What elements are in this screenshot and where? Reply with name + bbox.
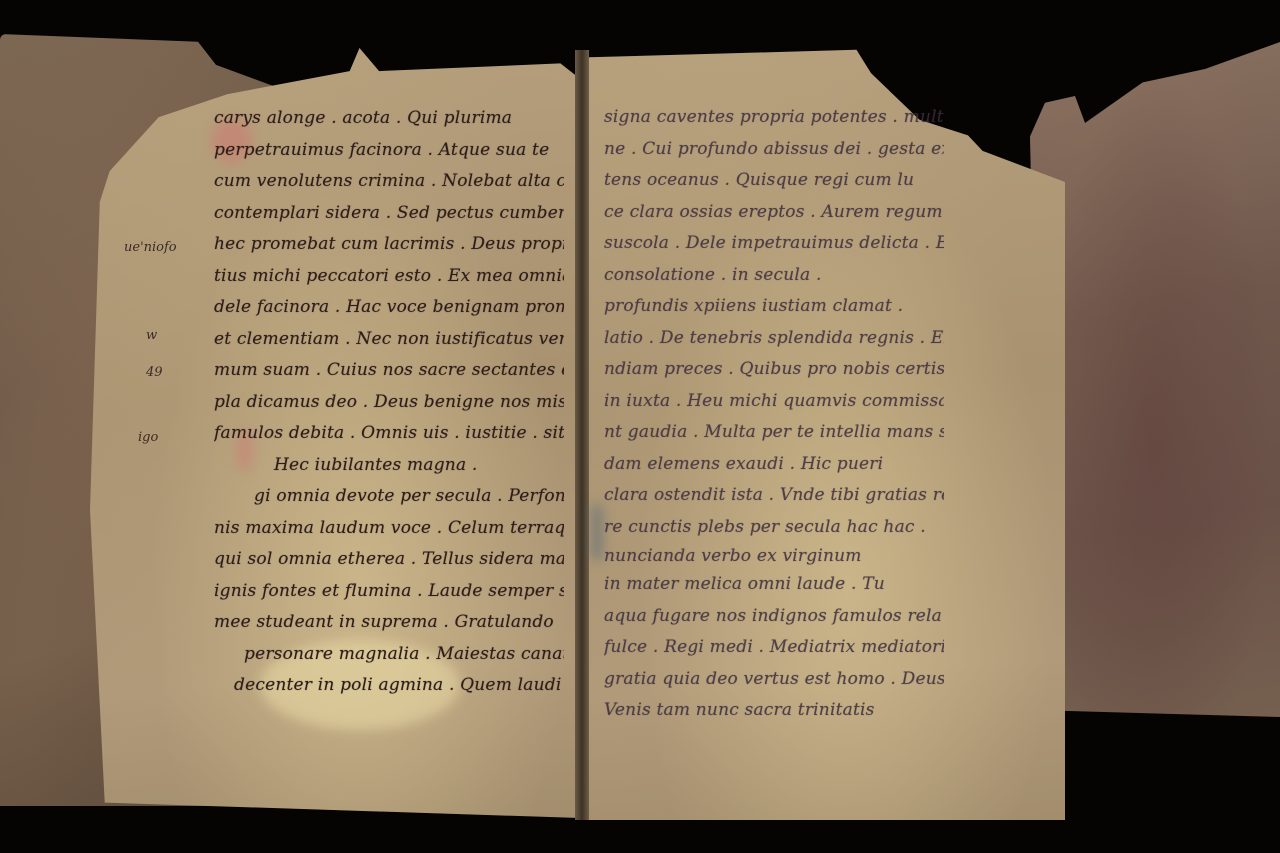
text-line: nis maxima laudum voce . Celum terraque … bbox=[214, 513, 564, 545]
text-line: gi omnia devote per secula . Perfonet bbox=[214, 481, 564, 513]
text-line: nt gaudia . Multa per te intellia mans s… bbox=[604, 417, 944, 449]
margin-note-1: ue'niofo bbox=[124, 240, 177, 255]
margin-note-3: 49 bbox=[146, 365, 163, 380]
text-line: re cunctis plebs per secula hac hac . bbox=[604, 512, 944, 544]
text-line: qui sol omnia etherea . Tellus sidera ma… bbox=[214, 544, 564, 576]
text-line: in mater melica omni laude . Tu bbox=[604, 569, 944, 601]
text-line: carys alonge . acota . Qui plurima bbox=[214, 103, 564, 135]
text-line: consolatione . in secula . bbox=[604, 260, 944, 292]
text-line: tens oceanus . Quisque regi cum lu bbox=[604, 165, 944, 197]
text-line: decenter in poli agmina . Quem laudi bbox=[214, 670, 564, 702]
text-line: signa caventes propria potentes . multa bbox=[604, 102, 944, 134]
blue-initial-stain bbox=[592, 505, 602, 560]
text-line: aqua fugare nos indignos famulos rela bbox=[604, 601, 944, 633]
leather-cover-right-fragment bbox=[1030, 42, 1280, 717]
text-line: dele facinora . Hac voce benignam promer… bbox=[214, 292, 564, 324]
text-line: dam elemens exaudi . Hic pueri bbox=[604, 449, 944, 481]
text-line: nuncianda verbo ex virginum bbox=[604, 543, 944, 569]
text-line: tius michi peccatori esto . Ex mea omnia… bbox=[214, 261, 564, 293]
text-line: Hec iubilantes magna . bbox=[214, 450, 564, 482]
text-line: et clementiam . Nec non iustificatus ven… bbox=[214, 324, 564, 356]
text-line: contemplari sidera . Sed pectus cumbens bbox=[214, 198, 564, 230]
text-line: clara ostendit ista . Vnde tibi gratias … bbox=[604, 480, 944, 512]
text-line: famulos debita . Omnis uis . iustitie . … bbox=[214, 418, 564, 450]
text-line: gratia quia deo vertus est homo . Deus bbox=[604, 664, 944, 696]
text-line: ndiam preces . Quibus pro nobis certis bbox=[604, 354, 944, 386]
text-line: mee studeant in suprema . Gratulando bbox=[214, 607, 564, 639]
text-line: pla dicamus deo . Deus benigne nos miser… bbox=[214, 387, 564, 419]
text-line: profundis xpiiens iustiam clamat . bbox=[604, 291, 944, 323]
margin-note-4: igo bbox=[138, 430, 158, 445]
text-line: personare magnalia . Maiestas canat bbox=[214, 639, 564, 671]
text-line: fulce . Regi medi . Mediatrix mediatoris… bbox=[604, 632, 944, 664]
text-line: latio . De tenebris splendida regnis . E… bbox=[604, 323, 944, 355]
text-line: perpetrauimus facinora . Atque sua te bbox=[214, 135, 564, 167]
book-gutter bbox=[575, 50, 589, 820]
text-line: ne . Cui profundo abissus dei . gesta ex… bbox=[604, 134, 944, 166]
text-line: mum suam . Cuius nos sacre sectantes exe bbox=[214, 355, 564, 387]
text-line: cum venolutens crimina . Nolebat alta ce… bbox=[214, 166, 564, 198]
text-line: hec promebat cum lacrimis . Deus propi bbox=[214, 229, 564, 261]
text-line: ce clara ossias ereptos . Aurem regum p.… bbox=[604, 197, 944, 229]
text-line: Venis tam nunc sacra trinitatis bbox=[604, 695, 944, 727]
text-line: suscola . Dele impetrauimus delicta . Ex bbox=[604, 228, 944, 260]
margin-note-2: w bbox=[146, 328, 157, 343]
right-page-text: signa caventes propria potentes . multa … bbox=[604, 102, 944, 727]
text-line: ignis fontes et flumina . Laude semper s… bbox=[214, 576, 564, 608]
text-line: in iuxta . Heu michi quamvis commissa od… bbox=[604, 386, 944, 418]
left-page-text: carys alonge . acota . Qui plurima perpe… bbox=[214, 103, 564, 702]
